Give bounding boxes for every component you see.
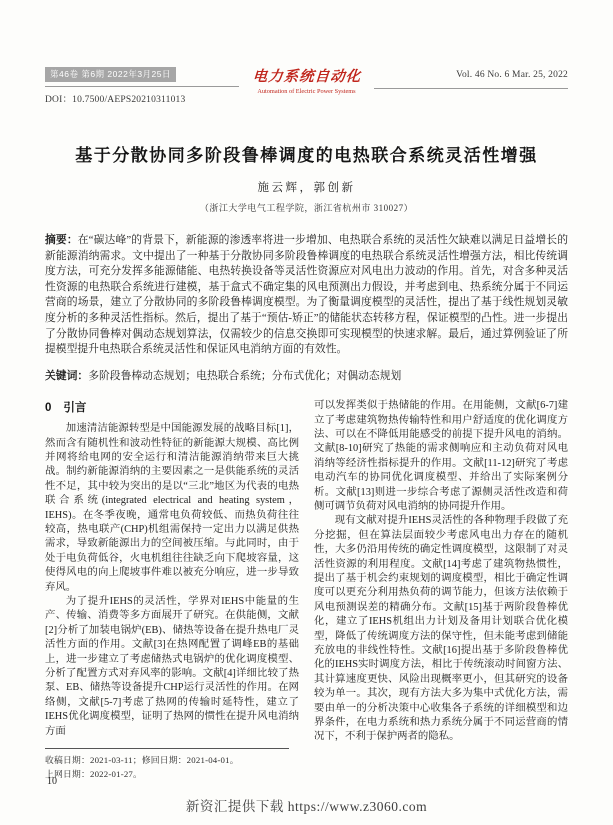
- header-right: Vol. 46 No. 6 Mar. 25, 2022: [374, 64, 568, 89]
- journal-title-en: Automation of Electric Power Systems: [239, 88, 375, 95]
- footnote-received-dates: 收稿日期：2021-03-11；修回日期：2021-04-01。: [45, 754, 289, 768]
- volume-info: Vol. 46 No. 6 Mar. 25, 2022: [456, 70, 568, 80]
- journal-title-cn: 电力系统自动化: [238, 65, 375, 86]
- article-title: 基于分散协同多阶段鲁棒调度的电热联合系统灵活性增强: [45, 141, 568, 166]
- page-number: 10: [47, 776, 57, 787]
- footnotes: 收稿日期：2021-03-11；修回日期：2021-04-01。 上网日期：20…: [45, 748, 289, 781]
- article-authors: 施云辉，郭创新: [45, 179, 568, 195]
- section-heading: 0引言: [45, 399, 299, 415]
- abstract: 摘要：在“碳达峰”的背景下，新能源的渗透率将进一步增加、电热联合系统的灵活性欠缺…: [45, 233, 568, 358]
- paragraph: 可以发挥类似于热储能的作用。在用能侧，文献[6-7]建立了考虑建筑物热传输特性和…: [314, 399, 568, 514]
- journal-logo: 电力系统自动化 Automation of Electric Power Sys…: [239, 65, 375, 95]
- keywords-text: 多阶段鲁棒动态规划；电热联合系统；分布式优化；对偶动态规划: [88, 370, 401, 382]
- header-left: 第46卷 第6期 2022年3月25日 DOI：10.7500/AEPS2021…: [45, 64, 239, 105]
- abstract-label: 摘要：: [45, 234, 78, 246]
- paragraph: 为了提升IEHS的灵活性，学界对IEHS中能量的生产、传输、消费等多方面展开了研…: [45, 595, 299, 739]
- left-column: 0引言 加速清洁能源转型是中国能源发展的战略目标[1]，然而含有随机性和波动性特…: [45, 399, 299, 781]
- paragraph: 现有文献对提升IEHS灵活性的各种物理手段做了充分挖掘，但在算法层面较少考虑风电…: [314, 514, 568, 745]
- journal-header: 第46卷 第6期 2022年3月25日 DOI：10.7500/AEPS2021…: [45, 64, 568, 105]
- header-rule-right: Vol. 46 No. 6 Mar. 25, 2022: [374, 64, 568, 89]
- abstract-text: 在“碳达峰”的背景下，新能源的渗透率将进一步增加、电热联合系统的灵活性欠缺难以满…: [45, 234, 568, 355]
- two-column-body: 0引言 加速清洁能源转型是中国能源发展的战略目标[1]，然而含有随机性和波动性特…: [45, 399, 568, 781]
- section-number: 0: [45, 402, 51, 414]
- issue-box: 第46卷 第6期 2022年3月25日: [45, 67, 176, 82]
- keywords: 关键词：多阶段鲁棒动态规划；电热联合系统；分布式优化；对偶动态规划: [45, 369, 568, 385]
- footnote-online-date: 上网日期：2022-01-27。: [45, 768, 289, 782]
- journal-page: 第46卷 第6期 2022年3月25日 DOI：10.7500/AEPS2021…: [0, 0, 613, 825]
- section-title: 引言: [63, 402, 86, 414]
- right-column: 可以发挥类似于热储能的作用。在用能侧，文献[6-7]建立了考虑建筑物热传输特性和…: [314, 399, 568, 781]
- doi-text: DOI：10.7500/AEPS20210311013: [45, 91, 239, 105]
- watermark: 新资汇提供下载 https://www.z3060.com: [186, 795, 427, 815]
- keywords-label: 关键词：: [45, 370, 88, 382]
- article-affiliation: （浙江大学电气工程学院，浙江省杭州市 310027）: [45, 201, 568, 214]
- paragraph: 加速清洁能源转型是中国能源发展的战略目标[1]，然而含有随机性和波动性特征的新能…: [45, 422, 299, 595]
- header-rule-left: 第46卷 第6期 2022年3月25日: [45, 64, 239, 87]
